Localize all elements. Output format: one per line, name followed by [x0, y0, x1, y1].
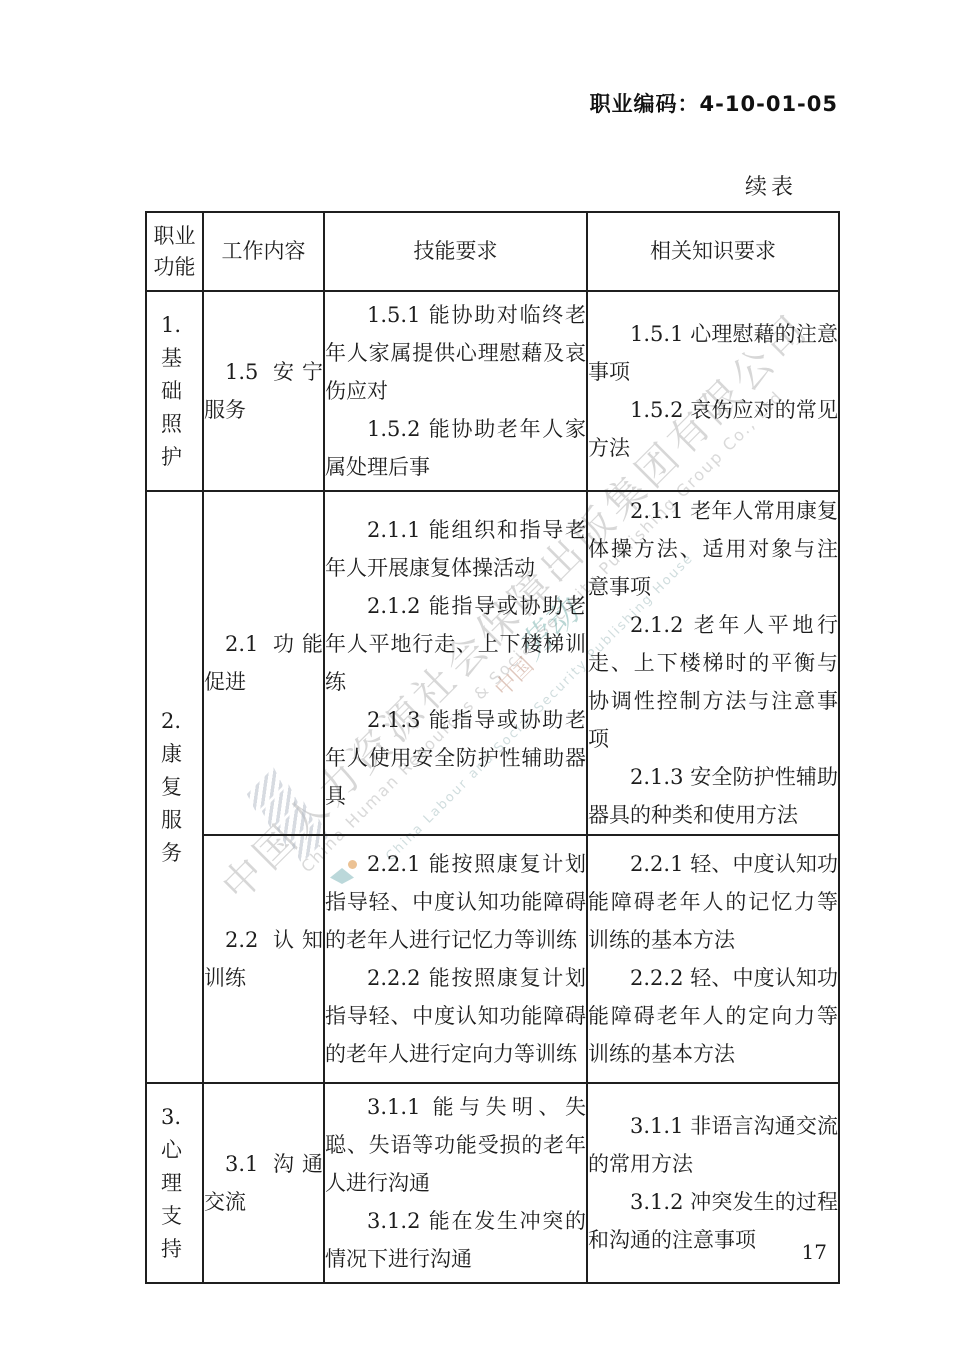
- cell-knowledge-hospice-service: 1.5.1 心理慰藉的注意事项 1.5.2 哀伤应对的常见方法: [587, 291, 839, 491]
- skill-item: 1.5.1 能协助对临终老年人家属提供心理慰藉及哀伤应对: [325, 296, 586, 410]
- table-row-cognitive-training: 2.2 认知训练 2.2.1 能按照康复计划指导轻、中度认知功能障碍的老年人进行…: [146, 835, 839, 1083]
- table-header-row: 职业功能 工作内容 技能要求 相关知识要求: [146, 212, 839, 291]
- skill-item: 1.5.2 能协助老年人家属处理后事: [325, 410, 586, 486]
- page-number: 17: [802, 1240, 827, 1264]
- skill-item: 2.1.3 能指导或协助老年人使用安全防护性辅助器具: [325, 701, 586, 815]
- function-label: 3. 心理支持: [161, 1101, 188, 1266]
- table-row-basic-care: 1. 基础照护 1.5 安宁服务 1.5.1 能协助对临终老年人家属提供心理慰藉…: [146, 291, 839, 491]
- cell-skills-cognitive-training: 2.2.1 能按照康复计划指导轻、中度认知功能障碍的老年人进行记忆力等训练 2.…: [324, 835, 587, 1083]
- work-label: 3.1 沟通交流: [204, 1145, 323, 1221]
- work-label: 1.5 安宁服务: [204, 353, 323, 429]
- header-knowledge-requirements: 相关知识要求: [587, 212, 839, 291]
- skill-item: 2.1.1 能组织和指导老年人开展康复体操活动: [325, 511, 586, 587]
- continued-table-label: 续表: [745, 170, 797, 201]
- skill-item: 2.1.2 能指导或协助老年人平地行走、上下楼梯训练: [325, 587, 586, 701]
- table-row-function-promotion: 2. 康复服务 2.1 功能促进 2.1.1 能组织和指导老年人开展康复体操活动…: [146, 491, 839, 835]
- cell-knowledge-cognitive-training: 2.2.1 轻、中度认知功能障碍老年人的记忆力等训练的基本方法 2.2.2 轻、…: [587, 835, 839, 1083]
- cell-function-psych-support: 3. 心理支持: [146, 1083, 203, 1283]
- function-label: 1. 基础照护: [161, 309, 188, 474]
- work-label: 2.2 认知训练: [204, 921, 323, 997]
- knowledge-item: 2.1.1 老年人常用康复体操方法、适用对象与注意事项: [588, 492, 838, 606]
- cell-skills-communication: 3.1.1 能与失明、失聪、失语等功能受损的老年人进行沟通 3.1.2 能在发生…: [324, 1083, 587, 1283]
- occupational-standard-table: 职业功能 工作内容 技能要求 相关知识要求 1. 基础照护 1.5 安宁服务 1…: [145, 211, 840, 1284]
- cell-knowledge-function-promotion: 2.1.1 老年人常用康复体操方法、适用对象与注意事项 2.1.2 老年人平地行…: [587, 491, 839, 835]
- cell-skills-hospice-service: 1.5.1 能协助对临终老年人家属提供心理慰藉及哀伤应对 1.5.2 能协助老年…: [324, 291, 587, 491]
- knowledge-item: 1.5.1 心理慰藉的注意事项: [588, 315, 838, 391]
- document-page: 职业编码：4-10-01-05 续表 中国人力资源社会保障出版集团有限公司 Ch…: [0, 0, 970, 1361]
- knowledge-item: 2.2.2 轻、中度认知功能障碍老年人的定向力等训练的基本方法: [588, 959, 838, 1073]
- knowledge-item: 3.1.1 非语言沟通交流的常用方法: [588, 1107, 838, 1183]
- cell-work-hospice-service: 1.5 安宁服务: [203, 291, 324, 491]
- occupation-code: 职业编码：4-10-01-05: [590, 88, 838, 118]
- knowledge-item: 2.2.1 轻、中度认知功能障碍老年人的记忆力等训练的基本方法: [588, 845, 838, 959]
- skill-item: 2.2.1 能按照康复计划指导轻、中度认知功能障碍的老年人进行记忆力等训练: [325, 845, 586, 959]
- table-row-communication: 3. 心理支持 3.1 沟通交流 3.1.1 能与失明、失聪、失语等功能受损的老…: [146, 1083, 839, 1283]
- header-skill-requirements: 技能要求: [324, 212, 587, 291]
- cell-function-basic-care: 1. 基础照护: [146, 291, 203, 491]
- function-label: 2. 康复服务: [161, 705, 188, 870]
- header-work-content: 工作内容: [203, 212, 324, 291]
- knowledge-item: 1.5.2 哀伤应对的常见方法: [588, 391, 838, 467]
- cell-function-rehab-service: 2. 康复服务: [146, 491, 203, 1083]
- work-label: 2.1 功能促进: [204, 625, 323, 701]
- knowledge-item: 2.1.3 安全防护性辅助器具的种类和使用方法: [588, 758, 838, 834]
- skill-item: 2.2.2 能按照康复计划指导轻、中度认知功能障碍的老年人进行定向力等训练: [325, 959, 586, 1073]
- cell-work-cognitive-training: 2.2 认知训练: [203, 835, 324, 1083]
- knowledge-item: 2.1.2 老年人平地行走、上下楼梯时的平衡与协调性控制方法与注意事项: [588, 606, 838, 758]
- cell-work-communication: 3.1 沟通交流: [203, 1083, 324, 1283]
- header-occupational-function: 职业功能: [146, 212, 203, 291]
- cell-work-function-promotion: 2.1 功能促进: [203, 491, 324, 835]
- cell-skills-function-promotion: 2.1.1 能组织和指导老年人开展康复体操活动 2.1.2 能指导或协助老年人平…: [324, 491, 587, 835]
- skill-item: 3.1.1 能与失明、失聪、失语等功能受损的老年人进行沟通: [325, 1088, 586, 1202]
- skill-item: 3.1.2 能在发生冲突的情况下进行沟通: [325, 1202, 586, 1278]
- knowledge-item: 3.1.2 冲突发生的过程和沟通的注意事项: [588, 1183, 838, 1259]
